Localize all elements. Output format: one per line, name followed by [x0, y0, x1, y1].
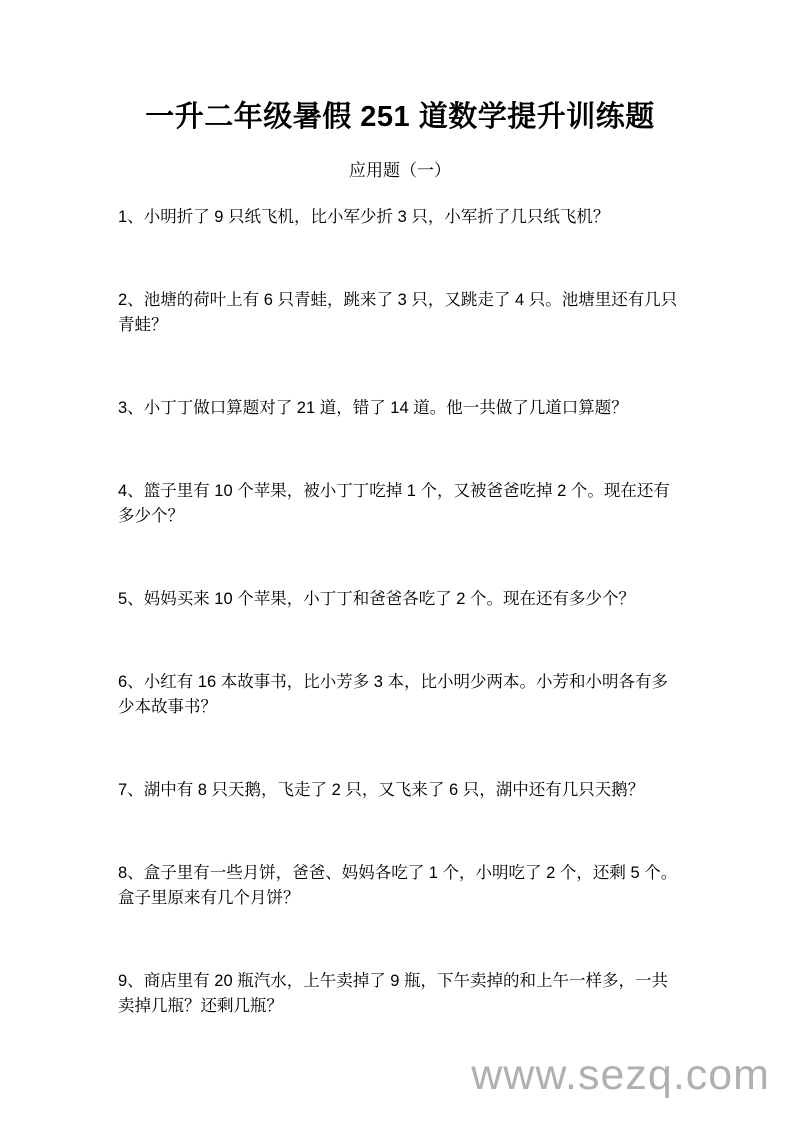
section-subtitle: 应用题（一）	[0, 160, 800, 181]
question-4-number: 4、	[118, 482, 144, 500]
page-title: 一升二年级暑假 251 道数学提升训练题	[0, 0, 800, 135]
question-1-text: 小明折了 9 只纸飞机，比小军少折 3 只，小军折了几只纸飞机？	[144, 208, 610, 226]
question-6-number: 6、	[118, 673, 144, 691]
question-8: 8、盒子里有一些月饼，爸爸、妈妈各吃了 1 个，小明吃了 2 个，还剩 5 个。…	[118, 861, 682, 911]
question-7-number: 7、	[118, 781, 144, 799]
question-2-text: 池塘的荷叶上有 6 只青蛙，跳来了 3 只，又跳走了 4 只。池塘里还有几只青蛙…	[118, 291, 677, 334]
watermark: www.sezq.com	[471, 1052, 770, 1099]
question-2: 2、池塘的荷叶上有 6 只青蛙，跳来了 3 只，又跳走了 4 只。池塘里还有几只…	[118, 288, 682, 338]
question-3-text: 小丁丁做口算题对了 21 道，错了 14 道。他一共做了几道口算题？	[144, 399, 628, 417]
question-5-number: 5、	[118, 590, 144, 608]
question-3: 3、小丁丁做口算题对了 21 道，错了 14 道。他一共做了几道口算题？	[118, 396, 682, 421]
question-6-text: 小红有 16 本故事书，比小芳多 3 本，比小明少两本。小芳和小明各有多少本故事…	[118, 673, 668, 716]
question-9-number: 9、	[118, 972, 144, 990]
question-7: 7、湖中有 8 只天鹅，飞走了 2 只，又飞来了 6 只，湖中还有几只天鹅？	[118, 778, 682, 803]
question-9: 9、商店里有 20 瓶汽水，上午卖掉了 9 瓶，下午卖掉的和上午一样多，一共卖掉…	[118, 969, 682, 1019]
worksheet-page: 一升二年级暑假 251 道数学提升训练题 应用题（一） 1、小明折了 9 只纸飞…	[0, 0, 800, 1131]
question-1-number: 1、	[118, 208, 144, 226]
question-3-number: 3、	[118, 399, 144, 417]
question-4-text: 篮子里有 10 个苹果，被小丁丁吃掉 1 个，又被爸爸吃掉 2 个。现在还有多少…	[118, 482, 670, 525]
question-9-text: 商店里有 20 瓶汽水，上午卖掉了 9 瓶，下午卖掉的和上午一样多，一共卖掉几瓶…	[118, 972, 668, 1015]
question-5-text: 妈妈买来 10 个苹果，小丁丁和爸爸各吃了 2 个。现在还有多少个？	[144, 590, 635, 608]
question-4: 4、篮子里有 10 个苹果，被小丁丁吃掉 1 个，又被爸爸吃掉 2 个。现在还有…	[118, 479, 682, 529]
question-2-number: 2、	[118, 291, 144, 309]
question-list: 1、小明折了 9 只纸飞机，比小军少折 3 只，小军折了几只纸飞机？ 2、池塘的…	[0, 205, 800, 1019]
question-8-text: 盒子里有一些月饼，爸爸、妈妈各吃了 1 个，小明吃了 2 个，还剩 5 个。盒子…	[118, 864, 677, 907]
question-1: 1、小明折了 9 只纸飞机，比小军少折 3 只，小军折了几只纸飞机？	[118, 205, 682, 230]
question-8-number: 8、	[118, 864, 144, 882]
question-5: 5、妈妈买来 10 个苹果，小丁丁和爸爸各吃了 2 个。现在还有多少个？	[118, 587, 682, 612]
question-6: 6、小红有 16 本故事书，比小芳多 3 本，比小明少两本。小芳和小明各有多少本…	[118, 670, 682, 720]
question-7-text: 湖中有 8 只天鹅，飞走了 2 只，又飞来了 6 只，湖中还有几只天鹅？	[144, 781, 645, 799]
